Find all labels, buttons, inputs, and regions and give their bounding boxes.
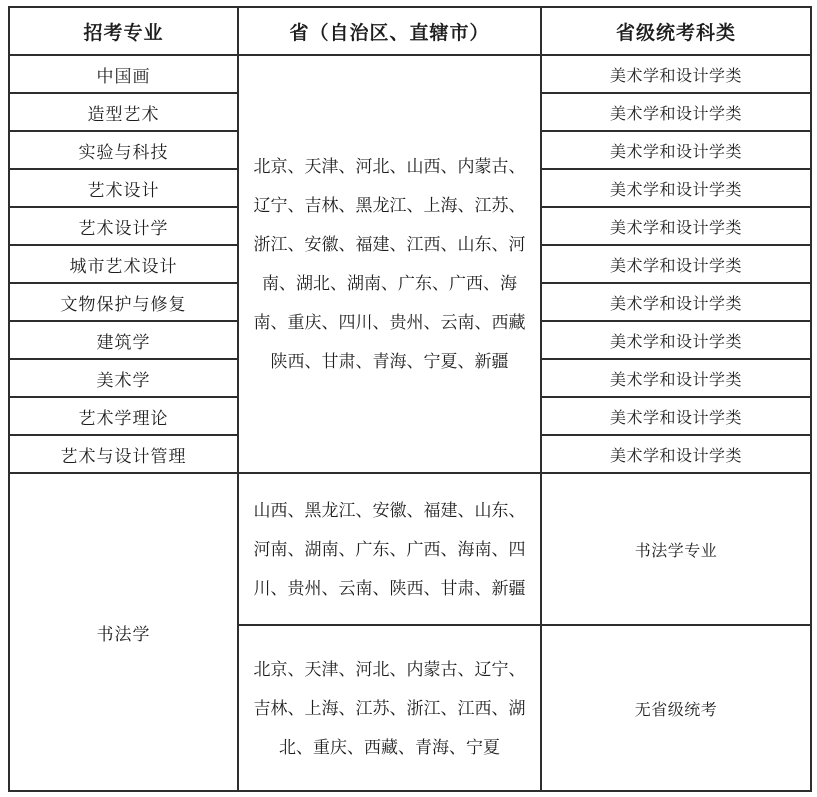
category-cell: 美术学和设计学类: [541, 245, 811, 283]
major-cell: 美术学: [9, 359, 238, 397]
provinces-cell-calligraphy-1: 山西、黑龙江、安徽、福建、山东、河南、湖南、广东、广西、海南、四川、贵州、云南、…: [238, 473, 541, 625]
category-cell: 美术学和设计学类: [541, 207, 811, 245]
admission-majors-table: 招考专业 省（自治区、直辖市） 省级统考科类 中国画 北京、天津、河北、山西、内…: [8, 6, 812, 792]
major-cell: 艺术设计学: [9, 207, 238, 245]
category-cell: 美术学和设计学类: [541, 397, 811, 435]
major-cell: 中国画: [9, 55, 238, 93]
category-cell-calligraphy-1: 书法学专业: [541, 473, 811, 625]
category-cell-calligraphy-2: 无省级统考: [541, 625, 811, 791]
header-major: 招考专业: [9, 7, 238, 55]
provinces-cell-calligraphy-2: 北京、天津、河北、内蒙古、辽宁、吉林、上海、江苏、浙江、江西、湖北、重庆、西藏、…: [238, 625, 541, 791]
category-cell: 美术学和设计学类: [541, 321, 811, 359]
major-cell: 艺术与设计管理: [9, 435, 238, 473]
category-cell: 美术学和设计学类: [541, 131, 811, 169]
provinces-merged-cell: 北京、天津、河北、山西、内蒙古、辽宁、吉林、黑龙江、上海、江苏、浙江、安徽、福建…: [238, 55, 541, 473]
major-cell-calligraphy: 书法学: [9, 473, 238, 791]
category-cell: 美术学和设计学类: [541, 435, 811, 473]
category-cell: 美术学和设计学类: [541, 93, 811, 131]
category-cell: 美术学和设计学类: [541, 283, 811, 321]
major-cell: 艺术设计: [9, 169, 238, 207]
major-cell: 实验与科技: [9, 131, 238, 169]
category-cell: 美术学和设计学类: [541, 359, 811, 397]
major-cell: 建筑学: [9, 321, 238, 359]
header-category: 省级统考科类: [541, 7, 811, 55]
header-province: 省（自治区、直辖市）: [238, 7, 541, 55]
major-cell: 造型艺术: [9, 93, 238, 131]
category-cell: 美术学和设计学类: [541, 55, 811, 93]
major-cell: 文物保护与修复: [9, 283, 238, 321]
category-cell: 美术学和设计学类: [541, 169, 811, 207]
document-page: 招考专业 省（自治区、直辖市） 省级统考科类 中国画 北京、天津、河北、山西、内…: [0, 0, 817, 797]
header-row: 招考专业 省（自治区、直辖市） 省级统考科类: [9, 7, 811, 55]
major-cell: 城市艺术设计: [9, 245, 238, 283]
table-row: 中国画 北京、天津、河北、山西、内蒙古、辽宁、吉林、黑龙江、上海、江苏、浙江、安…: [9, 55, 811, 93]
table-row-calligraphy-1: 书法学 山西、黑龙江、安徽、福建、山东、河南、湖南、广东、广西、海南、四川、贵州…: [9, 473, 811, 625]
major-cell: 艺术学理论: [9, 397, 238, 435]
